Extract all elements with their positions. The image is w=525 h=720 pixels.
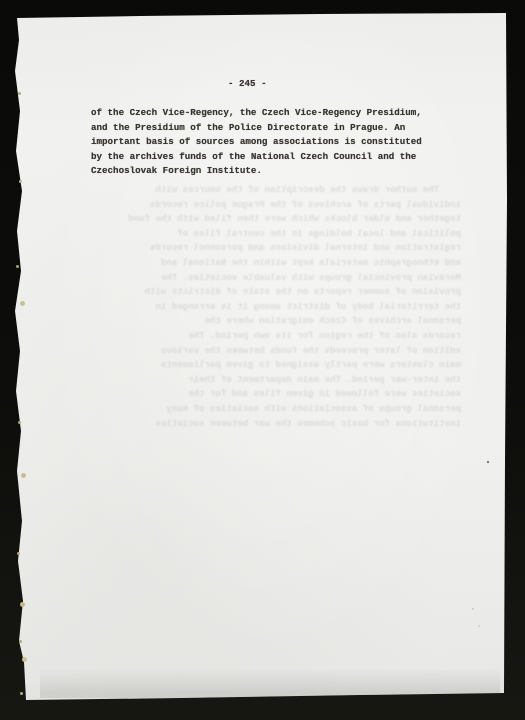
- bleed-through-text: The author draws the description of the …: [73, 183, 461, 431]
- paper-speck: [478, 625, 480, 627]
- binding-glue-flecks: [18, 92, 21, 95]
- scanned-page-photo: The author draws the description of the …: [0, 0, 525, 720]
- body-paragraph: of the Czech Vice-Regency, the Czech Vic…: [91, 106, 422, 179]
- paper-speck: [472, 608, 474, 610]
- page-number: - 245 -: [228, 77, 267, 92]
- ink-speck: [487, 461, 489, 463]
